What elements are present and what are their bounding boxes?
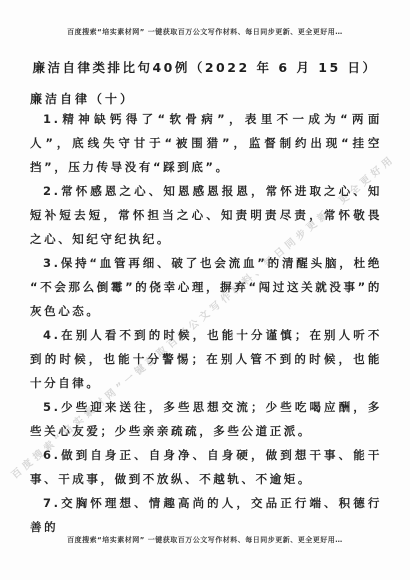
footer-banner: 百度搜索“培实素材网” 一键获取百万公文写作材料、每日同步更新、更全更好用… (0, 535, 410, 545)
header-banner: 百度搜索“培实素材网” 一键获取百万公文写作材料、每日同步更新、更全更好用… (0, 27, 410, 37)
paragraph: 7.交胸怀理想、情趣高尚的人，交品正行端、积德行善的 (30, 491, 382, 539)
paragraph: 6.做到自身正、自身净、自身硬，做到想干事、能干事、干成事，做到不放纵、不越轨、… (30, 443, 382, 491)
paragraph: 2.常怀感恩之心、知恩感恩报恩，常怀进取之心、知短补短去短，常怀担当之心、知责明… (30, 179, 382, 251)
paragraph: 3.保持“血管再细、破了也会流血”的清醒头脑，杜绝“不会那么倒霉”的侥幸心理，摒… (30, 251, 382, 323)
paragraph: 5.少些迎来送往，多些思想交流；少些吃喝应酬，多些关心友爱；少些亲亲疏疏，多些公… (30, 395, 382, 443)
section-heading: 廉洁自律（十） (30, 90, 135, 107)
paragraph: 1.精神缺钙得了“软骨病”，表里不一成为“两面人”，底线失守甘于“被围猎”，监督… (30, 107, 382, 179)
document-page: 百度搜索“培实素材网” 一键获取百万公文写作材料、每日同步更新、更全更好用… 百… (0, 0, 410, 580)
paragraph: 4.在别人看不到的时候，也能十分谨慎；在别人听不到的时候，也能十分警惕；在别人管… (30, 323, 382, 395)
document-title: 廉洁自律类排比句40例（2022 年 6 月 15 日） (0, 58, 410, 76)
document-body: 1.精神缺钙得了“软骨病”，表里不一成为“两面人”，底线失守甘于“被围猎”，监督… (30, 107, 382, 539)
